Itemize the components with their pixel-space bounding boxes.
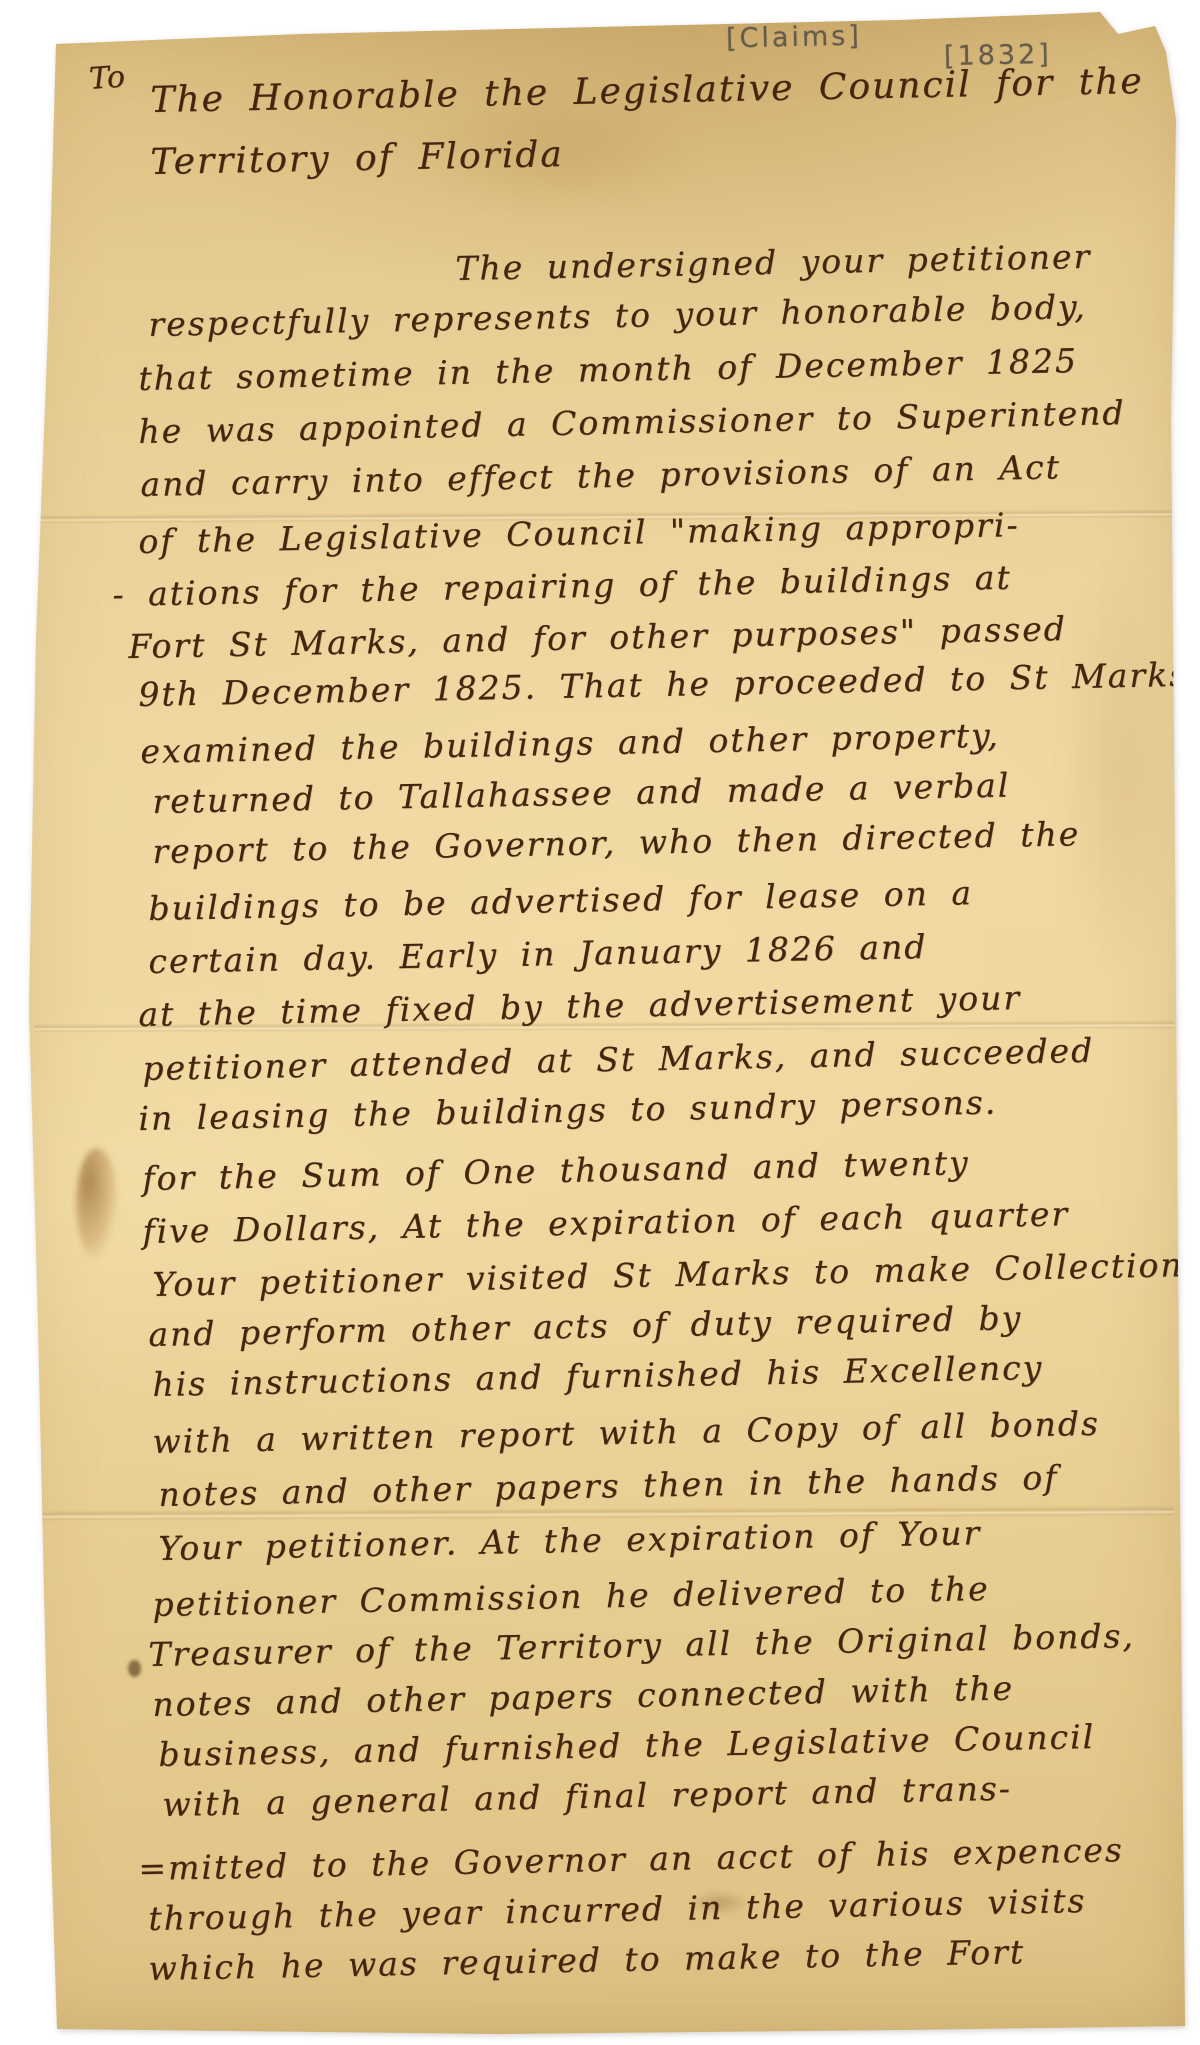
ink-stain	[128, 1660, 141, 1677]
manuscript-line: with a written report with a Copy of all…	[152, 1404, 1100, 1461]
salutation-to: To	[88, 60, 126, 97]
archival-annotation-claims: [Claims]	[726, 21, 862, 55]
scan-background: [Claims] [1832] To The Honorable the Leg…	[0, 0, 1200, 2045]
manuscript-line: which he was required to make to the For…	[148, 1932, 1025, 1988]
manuscript-line: that sometime in the month of December 1…	[138, 341, 1078, 398]
manuscript-line: certain day. Early in January 1826 and	[148, 927, 928, 981]
manuscript-line: =mitted to the Governor an acct of his e…	[138, 1830, 1124, 1888]
manuscript-line: through the year incurred in the various…	[148, 1881, 1087, 1938]
manuscript-line: report to the Governor, who then directe…	[152, 814, 1081, 871]
manuscript-line: five Dollars, At the expiration of each …	[142, 1194, 1069, 1251]
ink-stain	[76, 1148, 118, 1260]
manuscript-line: returned to Tallahassee and made a verba…	[152, 766, 1011, 821]
manuscript-line: Your petitioner. At the expiration of Yo…	[158, 1513, 982, 1568]
manuscript-line: notes and other papers connected with th…	[152, 1668, 1014, 1724]
manuscript-line: 9th December 1825. That he proceeded to …	[138, 655, 1188, 714]
manuscript-line: petitioner Commission he delivered to th…	[152, 1569, 990, 1624]
manuscript-line: Treasurer of the Territory all the Origi…	[148, 1616, 1135, 1674]
manuscript-line: and perform other acts of duty required …	[148, 1298, 1022, 1354]
manuscript-line: petitioner attended at St Marks, and suc…	[142, 1031, 1094, 1088]
manuscript-line: Your petitioner visited St Marks to make…	[152, 1245, 1200, 1304]
manuscript-line: notes and other papers then in the hands…	[158, 1458, 1059, 1514]
manuscript-line: The undersigned your petitioner	[455, 237, 1092, 288]
manuscript-line: for the Sum of One thousand and twenty	[142, 1143, 970, 1198]
salutation-line: Territory of Florida	[150, 134, 564, 183]
manuscript-line: in leasing the buildings to sundry perso…	[138, 1083, 998, 1138]
manuscript-line: and carry into effect the provisions of …	[140, 447, 1061, 504]
manuscript-line: business, and furnished the Legislative …	[158, 1717, 1096, 1774]
manuscript-line: respectfully represents to your honorabl…	[148, 287, 1087, 344]
manuscript-line: examined the buildings and other propert…	[140, 716, 1000, 771]
manuscript-line: Fort St Marks, and for other purposes" p…	[128, 609, 1067, 666]
paper-sheet-wrapper: [Claims] [1832] To The Honorable the Leg…	[0, 0, 1200, 2045]
age-stain	[1060, 560, 1180, 980]
manuscript-line: - ations for the repairing of the buildi…	[112, 558, 1012, 614]
manuscript-line: buildings to be advertised for lease on …	[148, 873, 973, 928]
manuscript-line: with a general and final report and tran…	[162, 1769, 1012, 1824]
manuscript-line: his instructions and furnished his Excel…	[152, 1348, 1044, 1404]
manuscript-paper: [Claims] [1832] To The Honorable the Leg…	[0, 0, 1200, 2045]
manuscript-line: he was appointed a Commissioner to Super…	[138, 393, 1126, 451]
